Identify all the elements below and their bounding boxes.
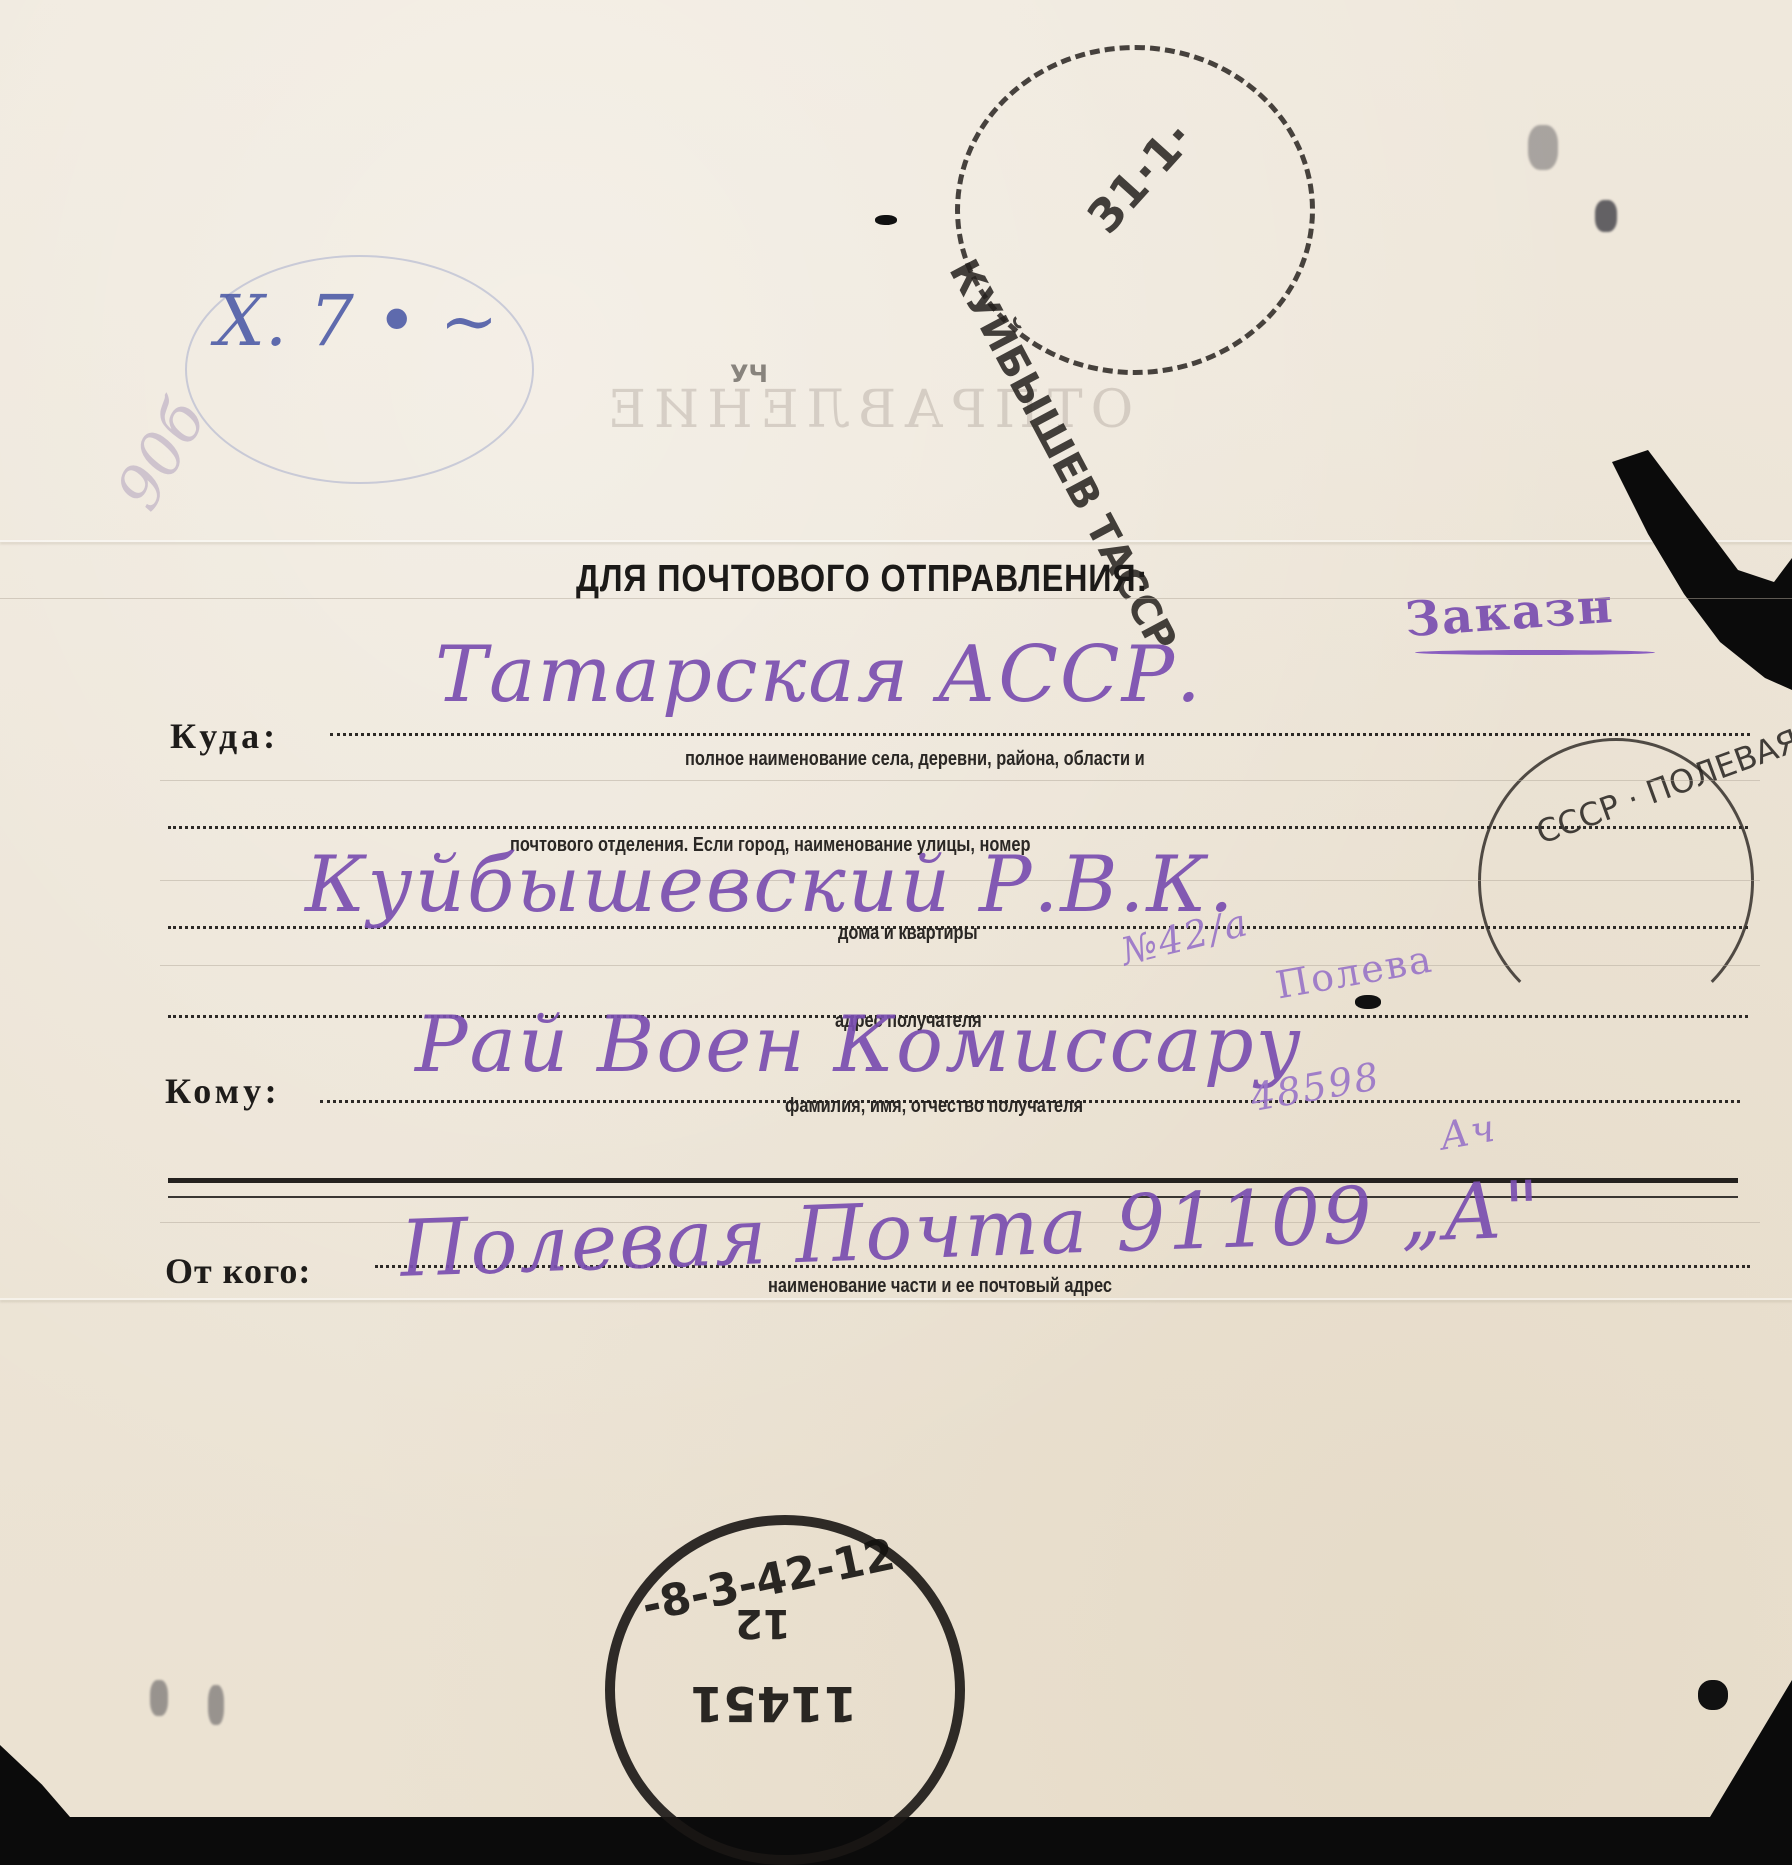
form-title: ДЛЯ ПОЧТОВОГО ОТПРАВЛЕНИЯ: [576, 558, 1256, 601]
postmark-bottom-code: 11451 [690, 1675, 857, 1731]
registered-underline [1415, 650, 1655, 655]
address-line [168, 826, 1748, 829]
ink-smudge [208, 1685, 224, 1725]
caption-full-name-village: полное наименование села, деревни, район… [685, 748, 1145, 771]
ink-smudge [1595, 200, 1617, 232]
handwritten-recipient: Рай Воен Комиссару [415, 1000, 1303, 1090]
blue-handwritten-note: Х. 7 • ~ [215, 280, 498, 362]
ruled-line [160, 780, 1760, 781]
handwritten-region: Татарская АССР. [435, 630, 1203, 720]
label-from-whom: От кого: [165, 1250, 311, 1292]
small-stamp: УЧ [730, 360, 768, 388]
label-to-where: Куда: [170, 715, 279, 757]
ink-smudge [1528, 125, 1558, 170]
hole [1698, 1680, 1728, 1710]
fold-crease [0, 540, 1792, 542]
address-line [330, 733, 1750, 736]
ruled-line [0, 598, 1792, 599]
postmark-bottom-number: 12 [735, 1600, 791, 1646]
ink-smudge [150, 1680, 168, 1716]
hole [875, 215, 897, 225]
fold-crease [0, 1298, 1792, 1300]
ruled-line [160, 965, 1760, 966]
caption-recipient-name: фамилия, имя, отчество получателя [785, 1095, 1083, 1118]
handwritten-district: Куйбышевский Р.В.К. [305, 840, 1236, 930]
label-to-whom: Кому: [165, 1070, 281, 1112]
hole [1355, 995, 1381, 1009]
